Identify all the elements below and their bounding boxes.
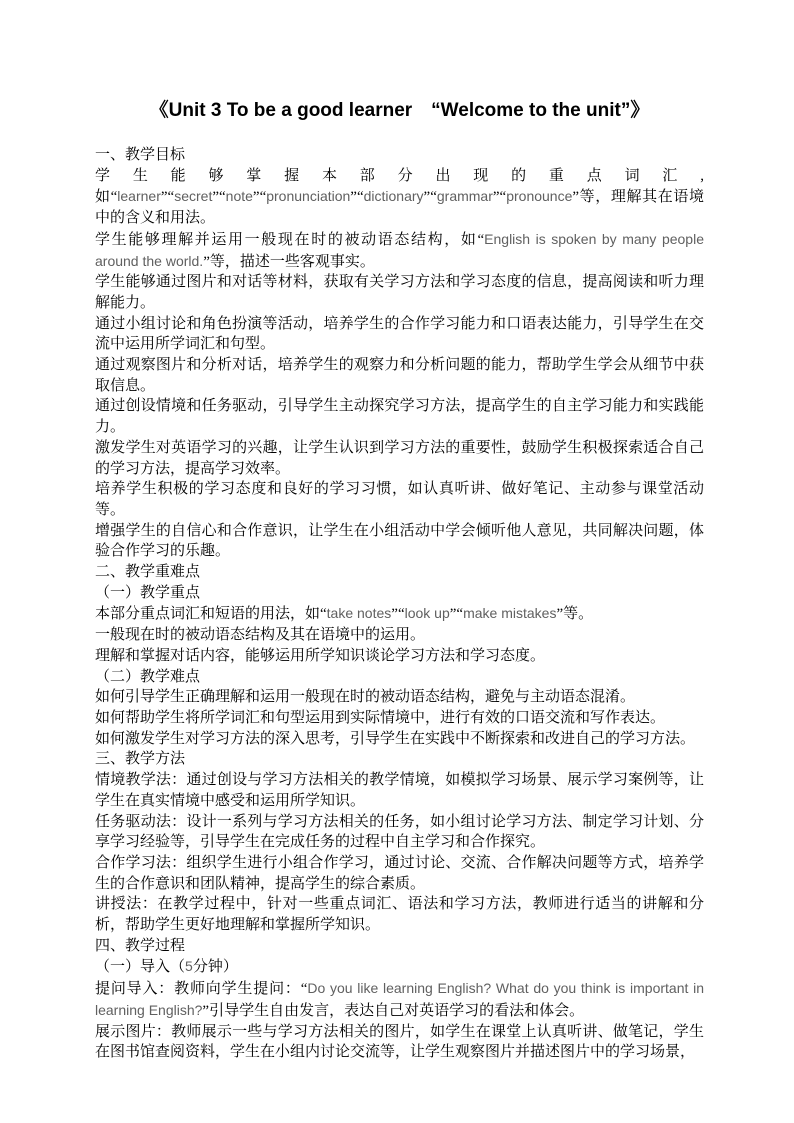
paragraph: 理解和掌握对话内容，能够运用所学知识谈论学习方法和学习态度。 xyxy=(95,646,704,667)
paragraph-list: 一、教学目标学生能够掌握本部分出现的重点词汇,如“learner”“secret… xyxy=(95,145,704,1063)
paragraph: 增强学生的自信心和合作意识，让学生在小组活动中学会倾听他人意见，共同解决问题，体… xyxy=(95,521,704,562)
paragraph: 学生能够理解并运用一般现在时的被动语态结构，如“English is spoke… xyxy=(95,229,704,272)
english-text: Do you like learning English? What do yo… xyxy=(95,980,704,1018)
paragraph: 一、教学目标 xyxy=(95,145,704,166)
english-text: look up xyxy=(405,605,450,621)
english-text: learner xyxy=(117,188,161,204)
document-page: 《Unit 3 To be a good learner “Welcome to… xyxy=(0,0,794,1123)
paragraph: 通过观察图片和分析对话，培养学生的观察力和分析问题的能力，帮助学生学会从细节中获… xyxy=(95,355,704,396)
english-text: take notes xyxy=(327,605,392,621)
paragraph: 合作学习法：组织学生进行小组合作学习，通过讨论、交流、合作解决问题等方式，培养学… xyxy=(95,853,704,894)
paragraph: 激发学生对英语学习的兴趣，让学生认识到学习方法的重要性，鼓励学生积极探索适合自己… xyxy=(95,438,704,479)
paragraph: 任务驱动法：设计一系列与学习方法相关的任务，如小组讨论学习方法、制定学习计划、分… xyxy=(95,812,704,853)
paragraph: 如何引导学生正确理解和运用一般现在时的被动语态结构，避免与主动语态混淆。 xyxy=(95,687,704,708)
paragraph: 通过创设情境和任务驱动，引导学生主动探究学习方法，提高学生的自主学习能力和实践能… xyxy=(95,396,704,437)
english-text: 5 xyxy=(185,958,193,974)
paragraph: 四、教学过程 xyxy=(95,936,704,957)
paragraph: 学生能够掌握本部分出现的重点词汇,如“learner”“secret”“note… xyxy=(95,166,704,229)
english-text: pronounce xyxy=(506,188,572,204)
paragraph: 一般现在时的被动语态结构及其在语境中的运用。 xyxy=(95,625,704,646)
paragraph: 如何帮助学生将所学词汇和句型运用到实际情境中，进行有效的口语交流和写作表达。 xyxy=(95,708,704,729)
paragraph: 本部分重点词汇和短语的用法，如“take notes”“look up”“mak… xyxy=(95,603,704,625)
paragraph: （一）导入（5分钟） xyxy=(95,956,704,978)
paragraph: 情境教学法：通过创设与学习方法相关的教学情境，如模拟学习场景、展示学习案例等，让… xyxy=(95,770,704,811)
paragraph: （二）教学难点 xyxy=(95,667,704,688)
english-text: note xyxy=(226,188,253,204)
paragraph: 培养学生积极的学习态度和良好的学习习惯，如认真听讲、做好笔记、主动参与课堂活动等… xyxy=(95,479,704,520)
paragraph: 通过小组讨论和角色扮演等活动，培养学生的合作学习能力和口语表达能力，引导学生在交… xyxy=(95,314,704,355)
paragraph: 学生能够通过图片和对话等材料，获取有关学习方法和学习态度的信息，提高阅读和听力理… xyxy=(95,272,704,313)
english-text: English is spoken by many people around … xyxy=(95,231,704,269)
english-text: grammar xyxy=(437,188,493,204)
english-text: dictionary xyxy=(364,188,424,204)
paragraph: 展示图片：教师展示一些与学习方法相关的图片，如学生在课堂上认真听讲、做笔记，学生… xyxy=(95,1022,704,1063)
paragraph: 提问导入：教师向学生提问：“Do you like learning Engli… xyxy=(95,978,704,1021)
paragraph: 如何激发学生对学习方法的深入思考，引导学生在实践中不断探索和改进自己的学习方法。 xyxy=(95,729,704,750)
paragraph: （一）教学重点 xyxy=(95,583,704,604)
paragraph: 二、教学重难点 xyxy=(95,562,704,583)
english-text: secret xyxy=(174,188,212,204)
english-text: pronunciation xyxy=(266,188,350,204)
document-title: 《Unit 3 To be a good learner “Welcome to… xyxy=(95,98,704,124)
paragraph: 讲授法：在教学过程中，针对一些重点词汇、语法和学习方法，教师进行适当的讲解和分析… xyxy=(95,894,704,935)
paragraph: 三、教学方法 xyxy=(95,749,704,770)
english-text: make mistakes xyxy=(463,605,556,621)
